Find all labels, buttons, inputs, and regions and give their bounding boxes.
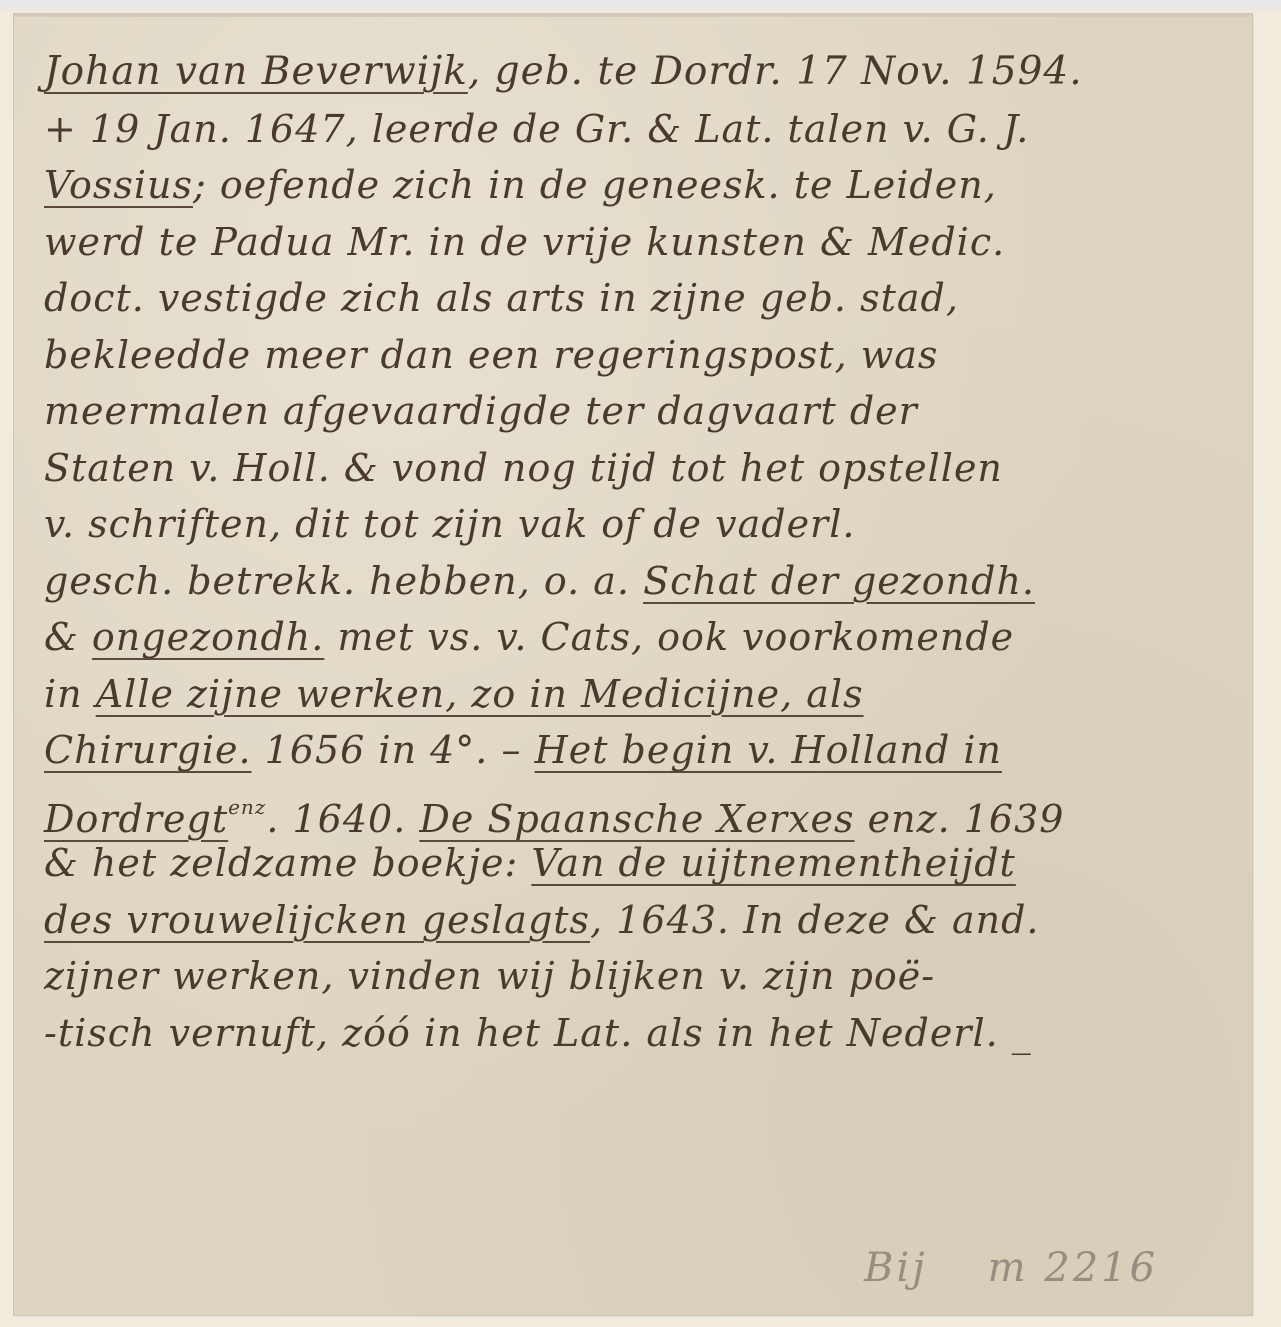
text-line-8: Staten v. Holl. & vond nog tijd tot het … bbox=[44, 440, 1244, 497]
line-text: enz. 1639 bbox=[855, 797, 1065, 841]
text-line-2: + 19 Jan. 1647, leerde de Gr. & Lat. tal… bbox=[44, 101, 1244, 158]
book-title: ongezondh. bbox=[92, 615, 324, 659]
text-line-18: -tisch vernuft, zóó in het Lat. als in h… bbox=[44, 1005, 1244, 1062]
underlined-name: Vossius bbox=[44, 163, 193, 207]
text-line-1: Johan van Beverwijk, geb. te Dordr. 17 N… bbox=[44, 44, 1244, 101]
manuscript-sheet: Johan van Beverwijk, geb. te Dordr. 17 N… bbox=[14, 14, 1252, 1315]
text-line-13: Chirurgie. 1656 in 4°. – Het begin v. Ho… bbox=[44, 722, 1244, 779]
book-title: Schat der gezondh. bbox=[643, 559, 1035, 603]
book-title: Dordregt bbox=[44, 797, 228, 841]
book-title: des vrouwelijcken geslagts bbox=[44, 898, 590, 942]
line-text: werd te Padua Mr. in de vrije kunsten & … bbox=[44, 220, 1005, 264]
text-line-9: v. schriften, dit tot zijn vak of de vad… bbox=[44, 496, 1244, 553]
superscript-abbrev: enz bbox=[228, 795, 266, 819]
line-text: Staten v. Holl. & vond nog tijd tot het … bbox=[44, 446, 1003, 490]
line-text: , 1643. In deze & and. bbox=[590, 898, 1039, 942]
line-text: doct. vestigde zich als arts in zijne ge… bbox=[44, 276, 959, 320]
handwritten-text-block: Johan van Beverwijk, geb. te Dordr. 17 N… bbox=[44, 44, 1244, 1061]
line-text: in bbox=[44, 672, 96, 716]
book-title: Chirurgie. bbox=[44, 728, 252, 772]
book-title: Van de uijtnementheijdt bbox=[531, 841, 1015, 885]
text-line-6: bekleedde meer dan een regeringspost, wa… bbox=[44, 327, 1244, 384]
pencil-annotation-catalog-number: m 2216 bbox=[988, 1245, 1158, 1291]
text-line-10: gesch. betrekk. hebben, o. a. Schat der … bbox=[44, 553, 1244, 610]
book-title: De Spaansche Xerxes bbox=[419, 797, 854, 841]
pencil-annotation-left: Bij bbox=[864, 1245, 928, 1291]
line-text: -tisch vernuft, zóó in het Lat. als in h… bbox=[44, 1011, 1032, 1055]
line-text: bekleedde meer dan een regeringspost, wa… bbox=[44, 333, 938, 377]
line-text: v. schriften, dit tot zijn vak of de vad… bbox=[44, 502, 855, 546]
line-text: zijner werken, vinden wij blijken v. zij… bbox=[44, 954, 935, 998]
text-line-12: in Alle zijne werken, zo in Medicijne, a… bbox=[44, 666, 1244, 723]
line-text: , geb. te Dordr. 17 Nov. 1594. bbox=[468, 49, 1083, 94]
text-line-15: & het zeldzame boekje: Van de uijtnement… bbox=[44, 835, 1244, 892]
subject-name: Johan van Beverwijk bbox=[44, 49, 468, 94]
book-title: Alle zijne werken, zo in Medicijne, als bbox=[96, 672, 864, 716]
line-text: ; oefende zich in de geneesk. te Leiden, bbox=[193, 163, 997, 207]
text-line-11: & ongezondh. met vs. v. Cats, ook voorko… bbox=[44, 609, 1244, 666]
text-line-3: Vossius; oefende zich in de geneesk. te … bbox=[44, 157, 1244, 214]
line-text: & bbox=[44, 615, 92, 659]
text-line-17: zijner werken, vinden wij blijken v. zij… bbox=[44, 948, 1244, 1005]
line-text: meermalen afgevaardigde ter dagvaart der bbox=[44, 389, 918, 433]
text-line-16: des vrouwelijcken geslagts, 1643. In dez… bbox=[44, 892, 1244, 949]
line-text: 1656 in 4°. – bbox=[252, 728, 535, 772]
text-line-5: doct. vestigde zich als arts in zijne ge… bbox=[44, 270, 1244, 327]
text-line-4: werd te Padua Mr. in de vrije kunsten & … bbox=[44, 214, 1244, 271]
line-text: & het zeldzame boekje: bbox=[44, 841, 531, 885]
book-title: Het begin v. Holland in bbox=[535, 728, 1002, 772]
line-text: gesch. betrekk. hebben, o. a. bbox=[44, 559, 643, 603]
pencil-annotation: Bijm 2216 bbox=[864, 1245, 1158, 1291]
text-line-14: Dordregtenz. 1640. De Spaansche Xerxes e… bbox=[44, 779, 1244, 836]
line-text: + 19 Jan. 1647, leerde de Gr. & Lat. tal… bbox=[44, 107, 1029, 151]
line-text: . 1640. bbox=[266, 797, 419, 841]
text-line-7: meermalen afgevaardigde ter dagvaart der bbox=[44, 383, 1244, 440]
mount-top-edge bbox=[0, 0, 1281, 12]
line-text: met vs. v. Cats, ook voorkomende bbox=[324, 615, 1014, 659]
